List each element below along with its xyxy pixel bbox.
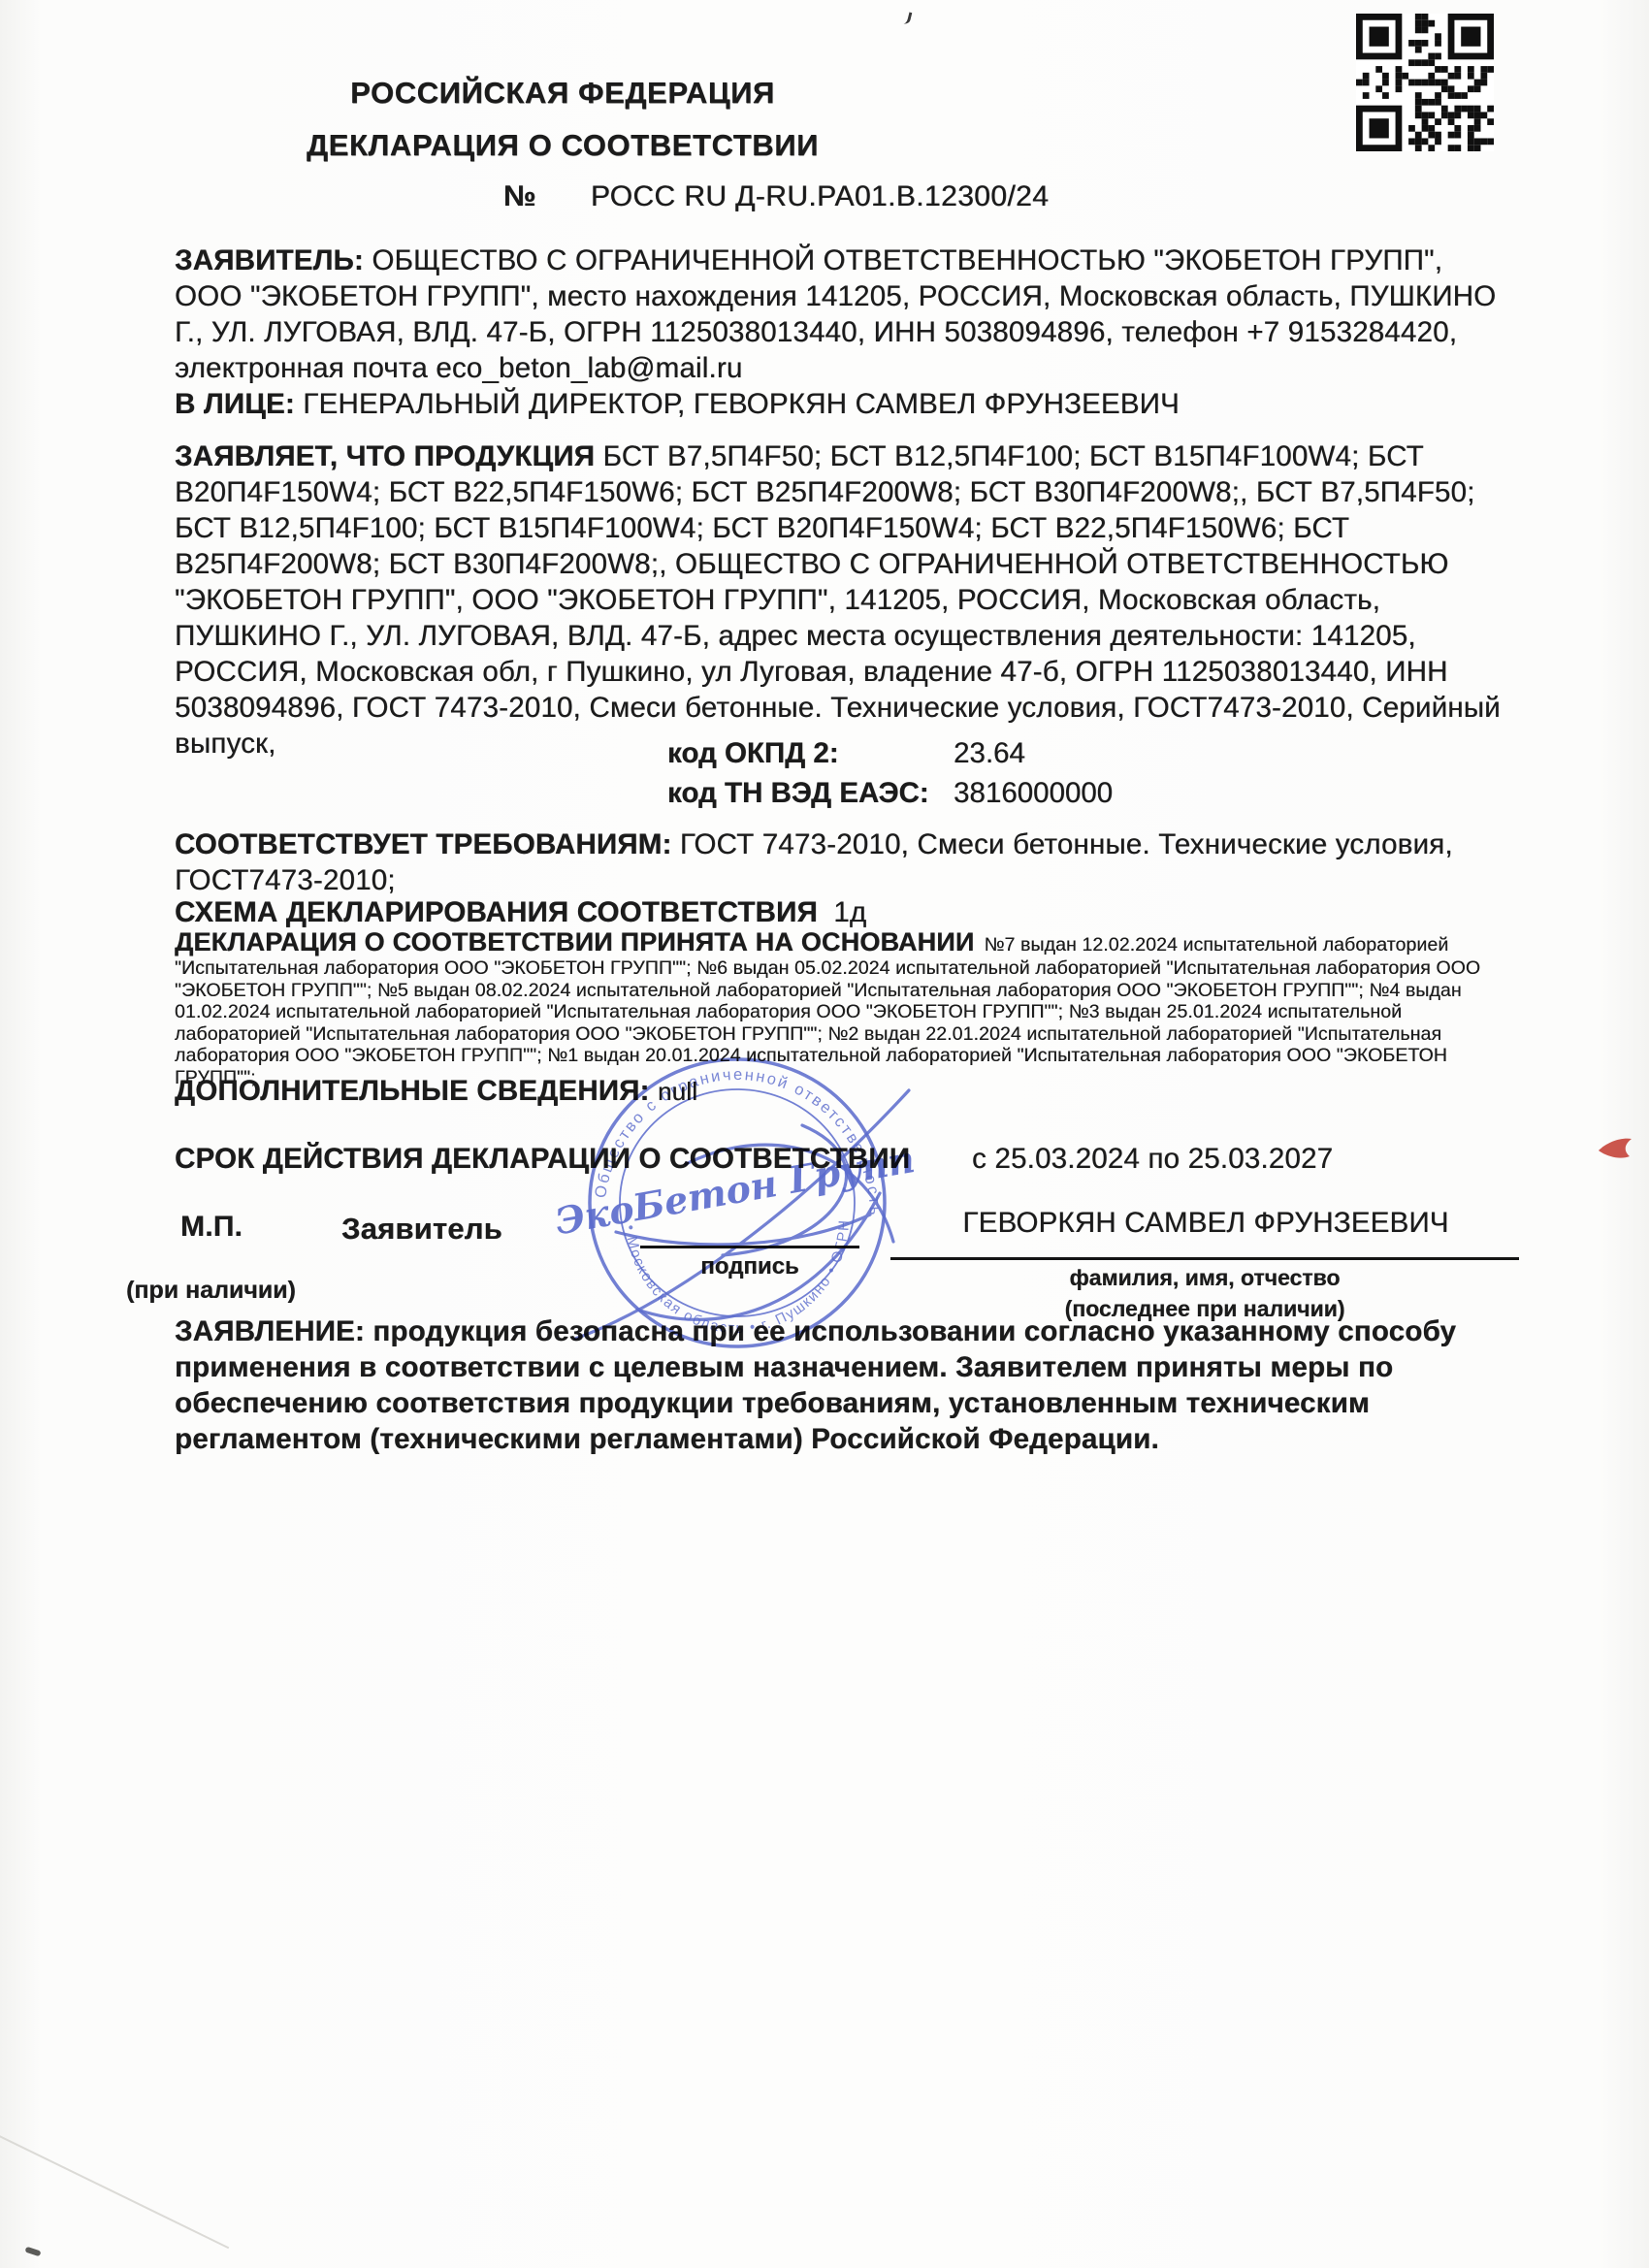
scheme-paragraph: СХЕМА ДЕКЛАРИРОВАНИЯ СООТВЕТСТВИЯ1д bbox=[175, 894, 1502, 930]
stamp-place-note: (при наличии) bbox=[126, 1277, 296, 1305]
page-title: ДЕКЛАРАЦИЯ О СООТВЕТСТВИИ bbox=[145, 128, 980, 163]
number-sign: № bbox=[503, 180, 536, 213]
in-person-label: В ЛИЦЕ: bbox=[175, 388, 303, 420]
okpd-value: 23.64 bbox=[954, 737, 1025, 770]
qr-code-icon bbox=[1356, 14, 1494, 151]
scanned-declaration-page: РОССИЙСКАЯ ФЕДЕРАЦИЯ ДЕКЛАРАЦИЯ О СООТВЕ… bbox=[0, 0, 1649, 2268]
company-round-stamp: Общество с ограниченной ответственностью… bbox=[548, 1017, 936, 1385]
product-label: ЗАЯВЛЯЕТ, ЧТО ПРОДУКЦИЯ bbox=[175, 440, 603, 472]
in-person-text: ГЕНЕРАЛЬНЫЙ ДИРЕКТОР, ГЕВОРКЯН САМВЕЛ ФР… bbox=[303, 388, 1180, 420]
okpd-label: код ОКПД 2: bbox=[667, 737, 839, 770]
declaration-number-value: РОСС RU Д-RU.РА01.В.12300/24 bbox=[591, 180, 1049, 212]
page-title-text: ДЕКЛАРАЦИЯ О СООТВЕТСТВИИ bbox=[145, 128, 980, 163]
product-section: ЗАЯВЛЯЕТ, ЧТО ПРОДУКЦИЯБСТ В7,5П4F50; БС… bbox=[175, 438, 1502, 761]
compliance-section: СООТВЕТСТВУЕТ ТРЕБОВАНИЯМ:ГОСТ 7473-2010… bbox=[175, 826, 1502, 898]
scan-artifact-tick bbox=[902, 11, 913, 25]
in-person-paragraph: В ЛИЦЕ:ГЕНЕРАЛЬНЫЙ ДИРЕКТОР, ГЕВОРКЯН СА… bbox=[175, 386, 1502, 422]
scheme-label: СХЕМА ДЕКЛАРИРОВАНИЯ СООТВЕТСТВИЯ bbox=[175, 896, 825, 928]
validity-value: с 25.03.2024 по 25.03.2027 bbox=[972, 1141, 1333, 1177]
applicant-section: ЗАЯВИТЕЛЬ:ОБЩЕСТВО С ОГРАНИЧЕННОЙ ОТВЕТС… bbox=[175, 243, 1502, 422]
statement-label: ЗАЯВЛЕНИЕ: bbox=[175, 1315, 372, 1347]
declaration-number: №РОСС RU Д-RU.РА01.В.12300/24 bbox=[503, 180, 1049, 213]
compliance-paragraph: СООТВЕТСТВУЕТ ТРЕБОВАНИЯМ:ГОСТ 7473-2010… bbox=[175, 826, 1502, 898]
tnved-value: 3816000000 bbox=[954, 777, 1113, 810]
scheme-value: 1д bbox=[833, 896, 866, 928]
applicant-label: ЗАЯВИТЕЛЬ: bbox=[175, 244, 372, 276]
name-caption-1: фамилия, имя, отчество bbox=[890, 1265, 1519, 1291]
applicant-paragraph: ЗАЯВИТЕЛЬ:ОБЩЕСТВО С ОГРАНИЧЕННОЙ ОТВЕТС… bbox=[175, 243, 1502, 386]
country-heading: РОССИЙСКАЯ ФЕДЕРАЦИЯ bbox=[145, 76, 980, 111]
scan-crease bbox=[0, 2128, 229, 2250]
product-text: БСТ В7,5П4F50; БСТ В12,5П4F100; БСТ В15П… bbox=[175, 440, 1501, 760]
signatory-name: ГЕВОРКЯН САМВЕЛ ФРУНЗЕЕВИЧ bbox=[892, 1205, 1519, 1241]
product-paragraph: ЗАЯВЛЯЕТ, ЧТО ПРОДУКЦИЯБСТ В7,5П4F50; БС… bbox=[175, 438, 1502, 761]
name-line bbox=[890, 1257, 1519, 1260]
basis-label: ДЕКЛАРАЦИЯ О СООТВЕТСТВИИ ПРИНЯТА НА ОСН… bbox=[175, 927, 974, 956]
applicant-text: ОБЩЕСТВО С ОГРАНИЧЕННОЙ ОТВЕТСТВЕННОСТЬЮ… bbox=[175, 244, 1496, 384]
applicant-sign-label: Заявитель bbox=[341, 1211, 502, 1247]
tnved-label: код ТН ВЭД ЕАЭС: bbox=[667, 777, 929, 810]
compliance-label: СООТВЕТСТВУЕТ ТРЕБОВАНИЯМ: bbox=[175, 828, 680, 860]
stamp-place-label: М.П. bbox=[180, 1209, 242, 1245]
country-heading-text: РОССИЙСКАЯ ФЕДЕРАЦИЯ bbox=[145, 76, 980, 111]
red-margin-mark bbox=[1597, 1135, 1635, 1164]
scheme-section: СХЕМА ДЕКЛАРИРОВАНИЯ СООТВЕТСТВИЯ1д bbox=[175, 894, 1502, 930]
scan-speck bbox=[24, 2247, 41, 2257]
